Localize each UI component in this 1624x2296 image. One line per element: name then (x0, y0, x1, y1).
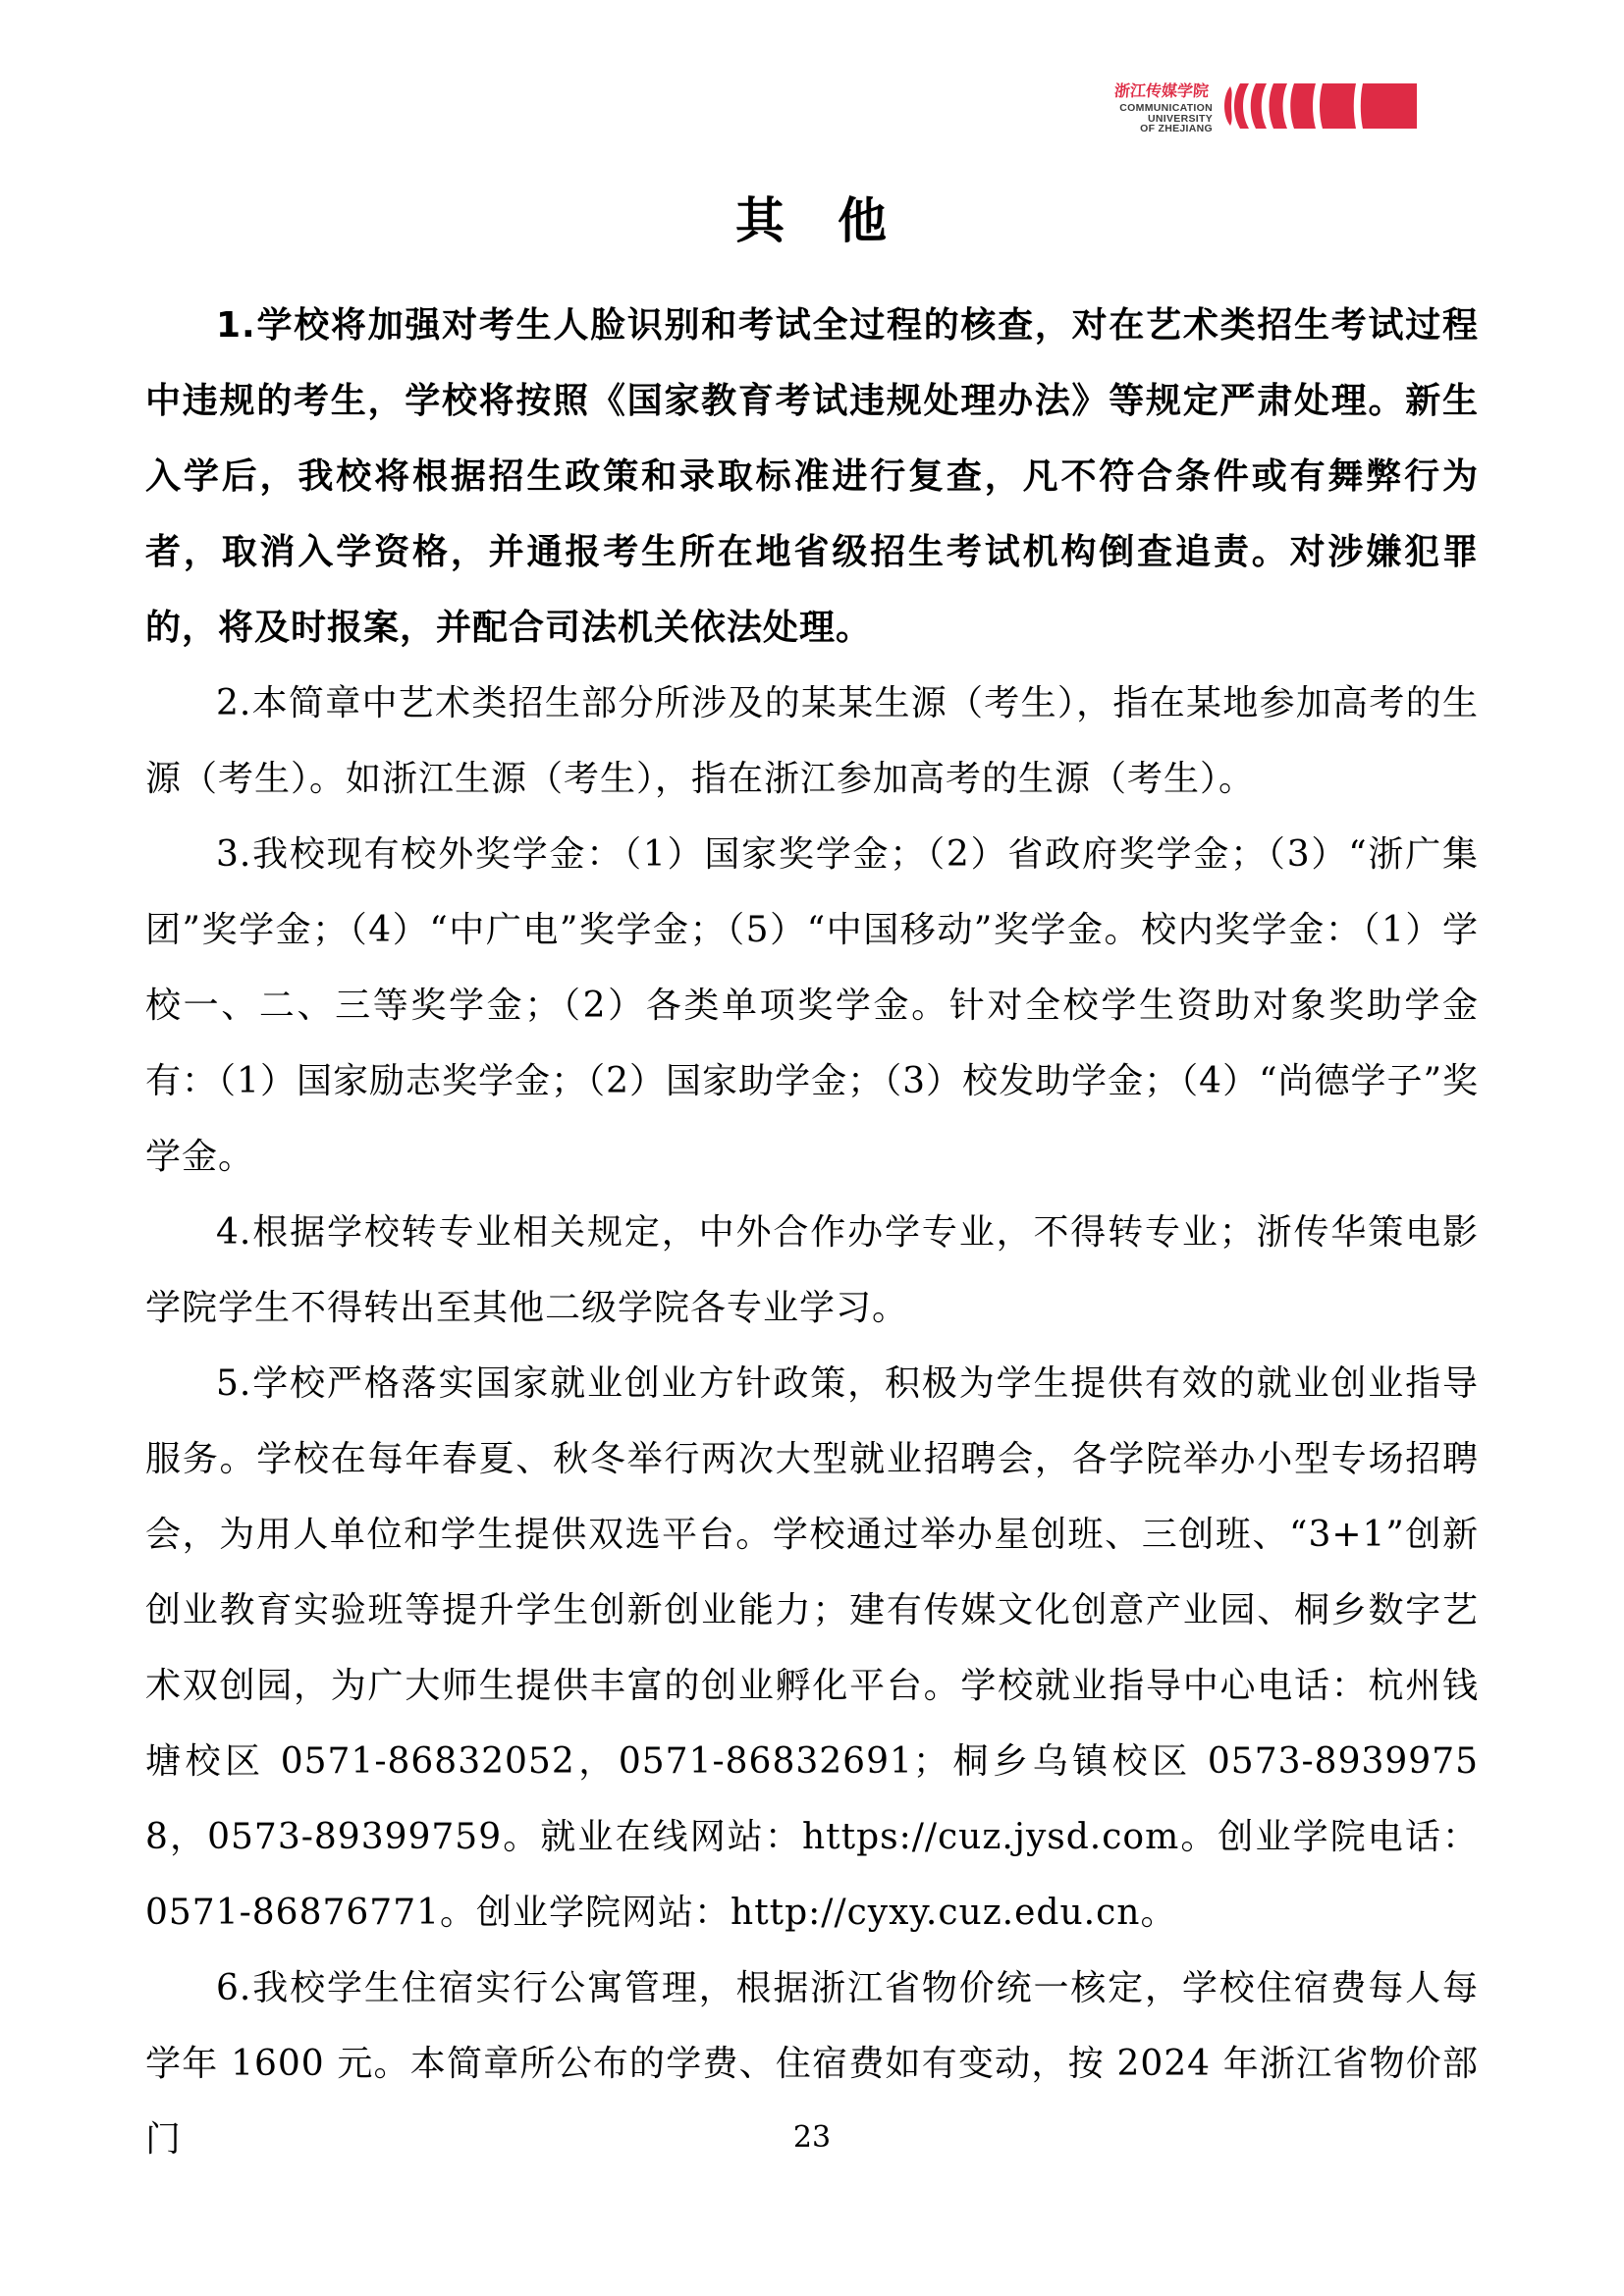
page-number: 23 (0, 2120, 1624, 2156)
document-page: 浙江传媒学院 COMMUNICATION UNIVERSITY OF ZHEJI… (0, 0, 1624, 2296)
logo-english-line: COMMUNICATION (1114, 103, 1213, 114)
paragraph-3-scholarships: 3.我校现有校外奖学金：（1）国家奖学金；（2）省政府奖学金；（3）“浙广集团”… (145, 817, 1479, 1195)
document-body: 1.学校将加强对考生人脸识别和考试全过程的核查，对在艺术类招生考试过程中违规的考… (145, 288, 1479, 2177)
logo-english-name: COMMUNICATION UNIVERSITY OF ZHEJIANG (1114, 103, 1213, 134)
paragraph-4-major-transfer: 4.根据学校转专业相关规定，中外合作办学专业，不得转专业；浙传华策电影学院学生不… (145, 1195, 1479, 1346)
page-title: 其 他 (0, 192, 1624, 249)
logo-text-block: 浙江传媒学院 COMMUNICATION UNIVERSITY OF ZHEJI… (1114, 81, 1213, 134)
paragraph-2-student-source-definition: 2.本简章中艺术类招生部分所涉及的某某生源（考生），指在某地参加高考的生源（考生… (145, 666, 1479, 817)
university-logo: 浙江传媒学院 COMMUNICATION UNIVERSITY OF ZHEJI… (1114, 81, 1417, 134)
logo-english-line: OF ZHEJIANG (1114, 124, 1213, 134)
logo-chinese-name: 浙江传媒学院 (1113, 81, 1213, 101)
paragraph-1-exam-violations: 1.学校将加强对考生人脸识别和考试全过程的核查，对在艺术类招生考试过程中违规的考… (145, 288, 1479, 666)
paragraph-5-employment-services: 5.学校严格落实国家就业创业方针政策，积极为学生提供有效的就业创业指导服务。学校… (145, 1346, 1479, 1950)
logo-wave-mark-icon (1220, 81, 1417, 131)
